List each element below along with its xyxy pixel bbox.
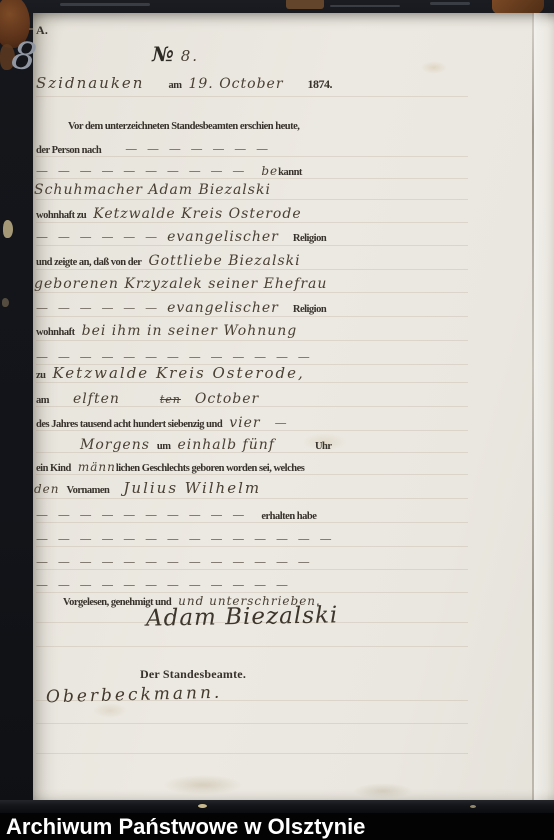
person-nach-line: der Person nach— — — — — — — [36,140,271,158]
bekannt-handwritten: be [261,164,278,178]
ink-dashes: — — — — — — [36,301,160,315]
declarant-line: Schuhmacher Adam Biezalski [34,181,271,199]
child-name: Julius Wilhelm [123,479,261,497]
ink-dashes: — — — — — — — — — — [36,508,247,522]
time-prefix: Morgens [80,437,150,453]
um-label: um [157,441,171,452]
ruled-baseline [36,199,468,200]
foxing-stain [353,783,413,799]
binding-wear-speck [3,220,13,238]
birth-time-line: Morgensumeinhalb fünfUhr [80,436,332,454]
declarant-signature-line: Adam Biezalski [146,605,338,630]
time-value: einhalb fünf [178,437,275,453]
ink-dashes: — — — — — — — — — — — — — [36,350,313,364]
ten-suffix: ten [160,393,181,406]
binding-wear-speck [470,805,476,808]
religion-label: Religion [293,233,326,244]
record-date: 19. October [188,76,283,92]
binding-wear-speck [198,804,207,808]
archive-caption-text: Archiwum Państwowe w Olsztynie [6,813,365,840]
birth-day-line: amelftentenOctober [36,390,259,408]
child-name-line: denVornamenJulius Wilhelm [34,480,261,498]
record-year: 1874. [308,77,333,91]
child-gender-line: ein Kindmännlichen Geschlechts geboren w… [36,458,304,476]
small-ink-mark [29,28,33,30]
numero-symbol: № [152,42,174,66]
registrar-label: Der Standesbeamte. [140,667,246,681]
record-number-header: №8. [152,43,199,66]
blank-dash-row: — — — — — — — — — — — — — [36,553,313,571]
registrar-label-line: Der Standesbeamte. [140,665,246,683]
declarant-signature: Adam Biezalski [146,603,339,632]
leather-damage-patch [286,0,324,9]
section-letter-label: A. [36,23,48,37]
ink-dashes: — — — — — — [36,230,160,244]
birth-month: October [195,391,259,407]
ink-dashes: — — — — — — — — — — — — [36,578,291,592]
bekannt-line: — — — — — — — — — —bekannt [36,162,302,180]
religion-value: evangelischer [167,300,279,316]
foxing-stain [163,775,243,795]
binding-highlight [430,2,470,5]
blank-dash-row: — — — — — — — — — — — — [36,576,291,594]
birth-day: elften [73,391,120,407]
ruled-baseline [36,753,468,754]
binding-highlight [60,3,150,6]
religion-line-1: — — — — — —evangelischerReligion [36,228,326,246]
ruled-baseline [36,96,468,97]
dateline: Szidnaukenam19. October1874. [36,75,332,93]
blank-dash-row: — — — — — — — — — — — — — — [36,530,335,548]
erhalten-label: erhalten habe [261,511,316,522]
uhr-label: Uhr [315,441,332,452]
religion-value: evangelischer [167,229,279,245]
vornamen-label: Vornamen [67,485,110,496]
declarant-name: Schuhmacher Adam Biezalski [34,182,271,198]
wohnhaft-value: bei ihm in seiner Wohnung [82,323,298,339]
mother-name: Gottliebe Biezalski [148,253,300,269]
year-value: vier [229,415,260,431]
ruled-baseline [36,498,468,499]
birth-place-line: zuKetzwalde Kreis Osterode, [36,365,305,383]
ink-dashes: — — — — — — — — — — — — — [36,555,313,569]
anzeige-line: und zeigte an, daß von derGottliebe Biez… [36,252,301,270]
registrar-signature: Oberbeckmann. [46,684,223,707]
ink-dashes: — [275,416,290,430]
mother-line-2: geborenen Krzyzalek seiner Ehefrau [34,275,327,293]
child-gender: männ [78,460,116,474]
blank-dash-row: — — — — — — — — — — — — — [36,348,313,366]
residence-value: Ketzwalde Kreis Osterode [93,206,301,222]
leather-damage-patch [492,0,544,14]
erhalten-line: — — — — — — — — — —erhalten habe [36,506,316,524]
wohnhaft-line: wohnhaftbei ihm in seiner Wohnung [36,322,297,340]
ruled-baseline [36,340,468,341]
den-handwritten: den [34,482,60,496]
ink-dashes: — — — — — — — [125,142,271,156]
binding-wear-speck [2,298,9,307]
registry-place: Szidnauken [36,74,144,92]
caption-bar: Archiwum Państwowe w Olsztynie [0,813,554,840]
religion-line-2: — — — — — —evangelischerReligion [36,299,326,317]
intro-line: Vor dem unterzeichneten Standesbeamten e… [68,116,299,134]
birth-year-line: des Jahres tausend acht hundert siebenzi… [36,414,290,432]
ink-dashes: — — — — — — — — — — [36,164,247,178]
binding-highlight [330,5,400,7]
registrar-signature-line: Oberbeckmann. [46,686,222,705]
residence-line: wohnhaft zuKetzwalde Kreis Osterode [36,205,302,223]
page-edge-strip [534,13,548,802]
ruled-baseline [36,646,468,647]
birth-place: Ketzwalde Kreis Osterode, [53,364,305,382]
foxing-stain [421,61,447,74]
bekannt-printed: kannt [278,167,302,178]
religion-label: Religion [293,304,326,315]
record-number-value: 8. [181,47,199,65]
am-label: am [168,80,181,91]
book-bottom-edge [0,800,554,813]
ruled-baseline [36,723,468,724]
ink-dashes: — — — — — — — — — — — — — — [36,532,335,546]
archival-scan: A. 8 №8. Szidnaukenam19. October1874. Vo… [0,0,554,840]
